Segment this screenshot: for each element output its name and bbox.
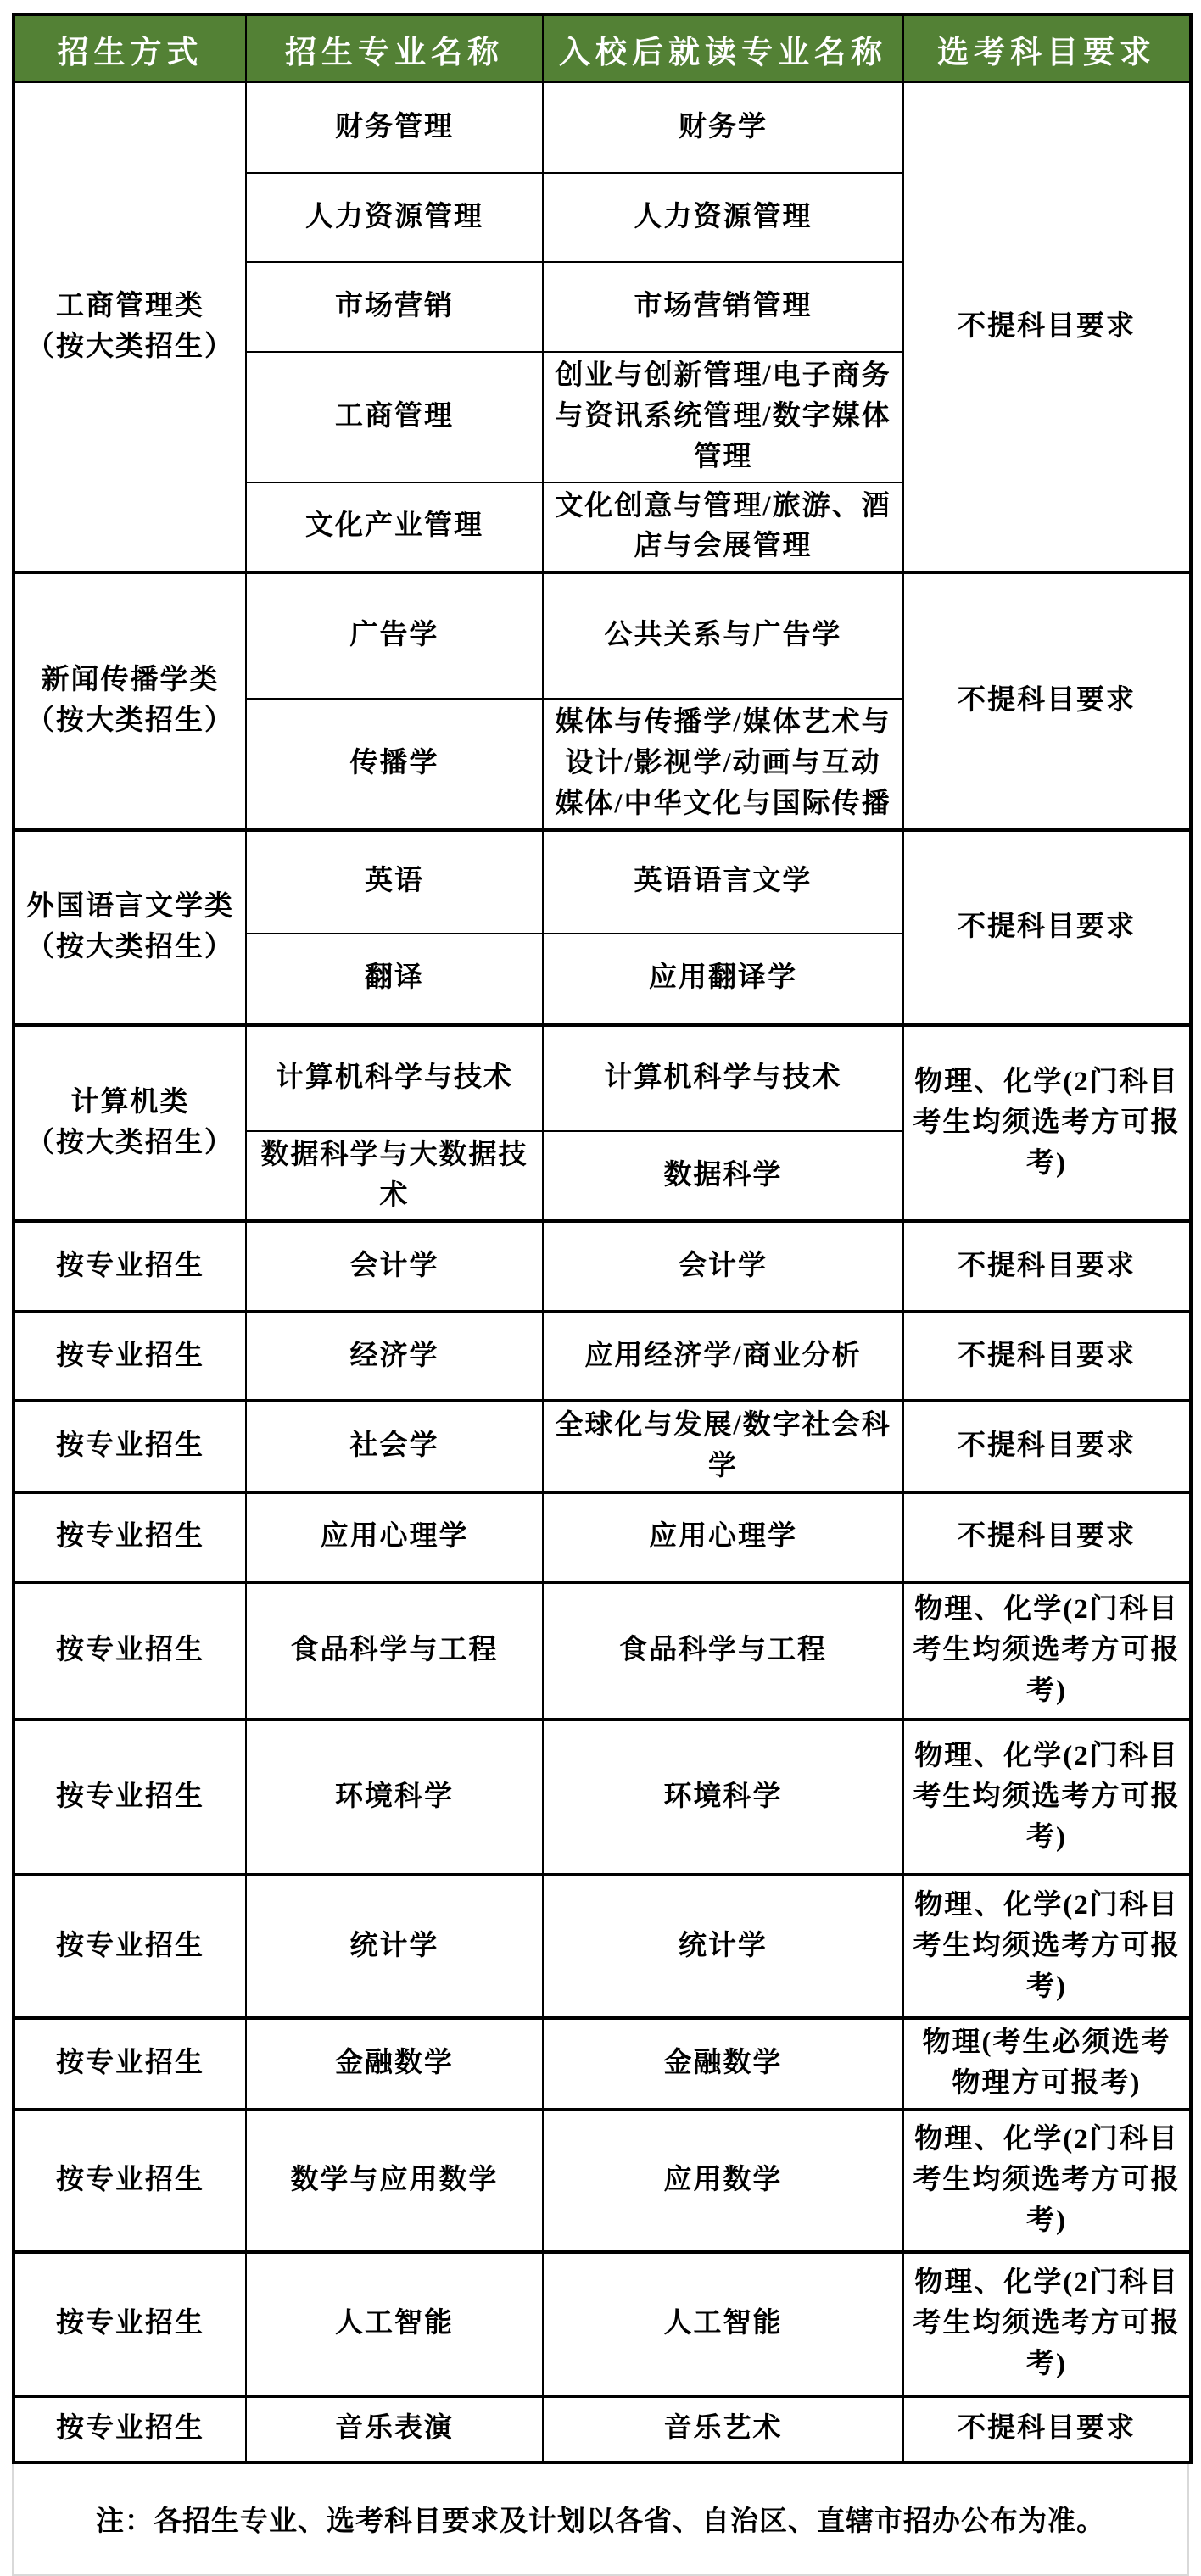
col-header-admission-method: 招生方式 — [14, 14, 246, 82]
table-row: 按专业招生 数学与应用数学 应用数学 物理、化学(2门科目考生均须选考方可报考) — [14, 2110, 1191, 2252]
admission-method-cell: 计算机类 （按大类招生） — [14, 1025, 246, 1222]
table-row: 工商管理类 （按大类招生） 财务管理 财务学 不提科目要求 — [14, 82, 1191, 173]
admission-method-cell: 工商管理类 （按大类招生） — [14, 82, 246, 572]
major-cell: 经济学 — [246, 1312, 543, 1401]
subject-requirement-cell: 物理、化学(2门科目考生均须选考方可报考) — [903, 1875, 1191, 2018]
admissions-table: 招生方式 招生专业名称 入校后就读专业名称 选考科目要求 工商管理类 （按大类招… — [12, 13, 1193, 2464]
admission-method-cell: 新闻传播学类 （按大类招生） — [14, 572, 246, 830]
subject-requirement-cell: 不提科目要求 — [903, 572, 1191, 830]
study-major-cell: 统计学 — [543, 1875, 903, 2018]
subject-requirement-cell: 物理、化学(2门科目考生均须选考方可报考) — [903, 2252, 1191, 2396]
major-cell: 数学与应用数学 — [246, 2110, 543, 2252]
admission-method-cell: 按专业招生 — [14, 1582, 246, 1720]
major-cell: 音乐表演 — [246, 2396, 543, 2462]
admissions-document-page: 招生方式 招生专业名称 入校后就读专业名称 选考科目要求 工商管理类 （按大类招… — [0, 0, 1201, 2517]
header-row: 招生方式 招生专业名称 入校后就读专业名称 选考科目要求 — [14, 14, 1191, 82]
table-row: 按专业招生 应用心理学 应用心理学 不提科目要求 — [14, 1492, 1191, 1582]
subject-requirement-cell: 不提科目要求 — [903, 82, 1191, 572]
subject-requirement-cell: 物理(考生必须选考物理方可报考) — [903, 2018, 1191, 2110]
major-cell: 数据科学与大数据技术 — [246, 1131, 543, 1222]
study-major-cell: 应用经济学/商业分析 — [543, 1312, 903, 1401]
subject-requirement-cell: 不提科目要求 — [903, 1492, 1191, 1582]
major-cell: 英语 — [246, 830, 543, 934]
study-major-cell: 应用翻译学 — [543, 934, 903, 1025]
major-cell: 人工智能 — [246, 2252, 543, 2396]
study-major-cell: 媒体与传播学/媒体艺术与设计/影视学/动画与互动媒体/中华文化与国际传播 — [543, 699, 903, 830]
admission-method-cell: 按专业招生 — [14, 1875, 246, 2018]
subject-requirement-cell: 物理、化学(2门科目考生均须选考方可报考) — [903, 1582, 1191, 1720]
major-cell: 财务管理 — [246, 82, 543, 173]
study-major-cell: 金融数学 — [543, 2018, 903, 2110]
subject-requirement-cell: 不提科目要求 — [903, 1401, 1191, 1492]
study-major-cell: 会计学 — [543, 1221, 903, 1312]
study-major-cell: 英语语言文学 — [543, 830, 903, 934]
major-cell: 翻译 — [246, 934, 543, 1025]
major-cell: 广告学 — [246, 572, 543, 699]
study-major-cell: 市场营销管理 — [543, 262, 903, 352]
admission-method-cell: 外国语言文学类 （按大类招生） — [14, 830, 246, 1025]
subject-requirement-cell: 不提科目要求 — [903, 830, 1191, 1025]
subject-requirement-cell: 物理、化学(2门科目考生均须选考方可报考) — [903, 2110, 1191, 2252]
subject-requirement-cell: 物理、化学(2门科目考生均须选考方可报考) — [903, 1720, 1191, 1875]
subject-requirement-cell: 物理、化学(2门科目考生均须选考方可报考) — [903, 1025, 1191, 1222]
table-row: 新闻传播学类 （按大类招生） 广告学 公共关系与广告学 不提科目要求 — [14, 572, 1191, 699]
admission-method-cell: 按专业招生 — [14, 1221, 246, 1312]
major-cell: 应用心理学 — [246, 1492, 543, 1582]
study-major-cell: 环境科学 — [543, 1720, 903, 1875]
subject-requirement-cell: 不提科目要求 — [903, 1221, 1191, 1312]
admission-method-cell: 按专业招生 — [14, 2110, 246, 2252]
major-cell: 环境科学 — [246, 1720, 543, 1875]
admission-method-cell: 按专业招生 — [14, 1492, 246, 1582]
admission-method-cell: 按专业招生 — [14, 1312, 246, 1401]
table-row: 按专业招生 人工智能 人工智能 物理、化学(2门科目考生均须选考方可报考) — [14, 2252, 1191, 2396]
subject-requirement-cell: 不提科目要求 — [903, 2396, 1191, 2462]
table-row: 按专业招生 经济学 应用经济学/商业分析 不提科目要求 — [14, 1312, 1191, 1401]
major-cell: 工商管理 — [246, 352, 543, 482]
major-cell: 统计学 — [246, 1875, 543, 2018]
table-row: 按专业招生 环境科学 环境科学 物理、化学(2门科目考生均须选考方可报考) — [14, 1720, 1191, 1875]
study-major-cell: 创业与创新管理/电子商务与资讯系统管理/数字媒体管理 — [543, 352, 903, 482]
study-major-cell: 文化创意与管理/旅游、酒店与会展管理 — [543, 482, 903, 573]
study-major-cell: 音乐艺术 — [543, 2396, 903, 2462]
study-major-cell: 人工智能 — [543, 2252, 903, 2396]
table-row: 按专业招生 音乐表演 音乐艺术 不提科目要求 — [14, 2396, 1191, 2462]
major-cell: 文化产业管理 — [246, 482, 543, 573]
study-major-cell: 数据科学 — [543, 1131, 903, 1222]
admission-method-cell: 按专业招生 — [14, 1720, 246, 1875]
table-row: 按专业招生 统计学 统计学 物理、化学(2门科目考生均须选考方可报考) — [14, 1875, 1191, 2018]
major-cell: 市场营销 — [246, 262, 543, 352]
table-row: 按专业招生 社会学 全球化与发展/数字社会科学 不提科目要求 — [14, 1401, 1191, 1492]
footnote-row: 注：各招生专业、选考科目要求及计划以各省、自治区、直辖市招办公布为准。 — [12, 2464, 1189, 2576]
admission-method-cell: 按专业招生 — [14, 2018, 246, 2110]
col-header-study-major-name: 入校后就读专业名称 — [543, 14, 903, 82]
study-major-cell: 公共关系与广告学 — [543, 572, 903, 699]
major-cell: 人力资源管理 — [246, 173, 543, 262]
major-cell: 金融数学 — [246, 2018, 543, 2110]
study-major-cell: 食品科学与工程 — [543, 1582, 903, 1720]
study-major-cell: 应用数学 — [543, 2110, 903, 2252]
footnote-text: 注：各招生专业、选考科目要求及计划以各省、自治区、直辖市招办公布为准。 — [96, 2499, 1105, 2539]
col-header-subject-requirement: 选考科目要求 — [903, 14, 1191, 82]
table-row: 按专业招生 食品科学与工程 食品科学与工程 物理、化学(2门科目考生均须选考方可… — [14, 1582, 1191, 1720]
table-row: 按专业招生 金融数学 金融数学 物理(考生必须选考物理方可报考) — [14, 2018, 1191, 2110]
major-cell: 食品科学与工程 — [246, 1582, 543, 1720]
admission-method-cell: 按专业招生 — [14, 2252, 246, 2396]
major-cell: 传播学 — [246, 699, 543, 830]
study-major-cell: 全球化与发展/数字社会科学 — [543, 1401, 903, 1492]
major-cell: 社会学 — [246, 1401, 543, 1492]
col-header-major-name: 招生专业名称 — [246, 14, 543, 82]
study-major-cell: 人力资源管理 — [543, 173, 903, 262]
study-major-cell: 计算机科学与技术 — [543, 1025, 903, 1131]
study-major-cell: 财务学 — [543, 82, 903, 173]
subject-requirement-cell: 不提科目要求 — [903, 1312, 1191, 1401]
admission-method-cell: 按专业招生 — [14, 1401, 246, 1492]
major-cell: 会计学 — [246, 1221, 543, 1312]
major-cell: 计算机科学与技术 — [246, 1025, 543, 1131]
table-row: 计算机类 （按大类招生） 计算机科学与技术 计算机科学与技术 物理、化学(2门科… — [14, 1025, 1191, 1131]
table-row: 外国语言文学类 （按大类招生） 英语 英语语言文学 不提科目要求 — [14, 830, 1191, 934]
table-row: 按专业招生 会计学 会计学 不提科目要求 — [14, 1221, 1191, 1312]
admission-method-cell: 按专业招生 — [14, 2396, 246, 2462]
study-major-cell: 应用心理学 — [543, 1492, 903, 1582]
